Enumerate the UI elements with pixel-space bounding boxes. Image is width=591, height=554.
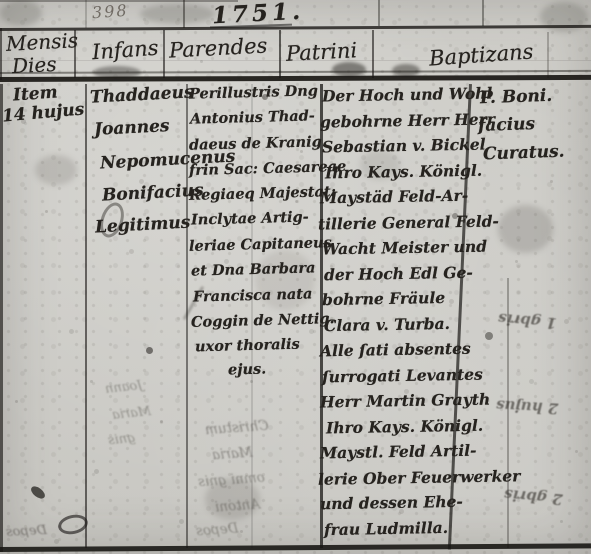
baptizans-line: Curatus. — [483, 142, 565, 165]
stain — [35, 155, 77, 185]
patrini-line: und dessen Ehe- — [320, 492, 463, 513]
infans-name-line: Legitimus — [95, 213, 191, 238]
header-bottom-thick-rule — [0, 75, 591, 82]
stain — [140, 4, 215, 24]
bleed-through-text: Depos — [195, 521, 239, 540]
stain — [498, 205, 553, 253]
margin-date-mark: 2 hujus — [496, 396, 559, 417]
patrini-line: Maystäd Feld-Ar- — [320, 186, 468, 208]
parentes-line: daeus de Kranig. — [189, 133, 327, 154]
bleed-through-text: Christum — [205, 418, 270, 438]
parentes-line: Antonius Thad- — [190, 107, 315, 127]
header-col-divider — [163, 30, 165, 78]
parentes-line: ejus. — [228, 361, 267, 379]
header-col-divider — [279, 30, 281, 78]
patrini-line: frau Ludmilla. — [324, 518, 448, 539]
patrini-line: ſurrogati Levantes — [322, 365, 483, 387]
patrini-line: Clara v. Turba. — [324, 314, 450, 335]
header-col-divider — [547, 32, 549, 78]
baptism-register-page: 398 1751. Mensis Dies Infans Parendes Pa… — [0, 0, 591, 554]
parentes-line: Coggin de Nettig. — [191, 310, 335, 331]
column-header-parentes: Parendes — [168, 33, 267, 62]
infans-name-line: Joannes — [94, 116, 170, 140]
patrini-line: gebohrne Herr Herr — [320, 109, 495, 131]
patrini-line: Alle ſati absentes — [320, 339, 471, 361]
parentes-line: Regiaeq Majestat: — [189, 183, 336, 204]
margin-date-mark: 2 gbris — [503, 485, 563, 508]
table-bottom-rule — [0, 543, 591, 552]
header-top-rule — [0, 25, 591, 31]
body-col-divider-mensis-infans — [85, 84, 87, 548]
top-strip-divider — [482, 0, 484, 26]
top-strip-divider — [183, 0, 185, 28]
column-header-infans: Infans — [91, 36, 159, 65]
patrini-line: Maystl. Feld Artil- — [320, 441, 477, 463]
parentes-line: Inclytae Artig- — [191, 208, 309, 228]
header-col-divider — [372, 30, 374, 78]
bleed-through-text: Maria — [111, 404, 152, 423]
parentes-line: et Dna Barbara — [191, 259, 316, 279]
bleed-through-text: Depos — [6, 523, 48, 540]
top-strip-divider — [85, 0, 87, 28]
column-header-baptizans: Baptizans — [428, 39, 534, 70]
parentes-line: Perillustris Dng — [189, 82, 318, 102]
baptizans-line: facius — [478, 114, 536, 136]
bleed-through-text: Maria — [211, 445, 253, 464]
parentes-line: frin Sac: Caesareae — [189, 158, 347, 179]
patrini-line: Ihro Kays. Königl. — [325, 161, 483, 183]
patrini-line: tillerie General Feld- — [318, 211, 499, 233]
page-number: 398 — [91, 1, 129, 23]
patrini-line: lerie Ober Feuerwerker — [318, 466, 521, 489]
column-header-patrini: Patrini — [285, 38, 357, 66]
patrini-line: der Hoch Edl Ge- — [324, 263, 473, 285]
bleed-through-text: Antoni — [214, 496, 260, 515]
column-header-dies: Dies — [11, 52, 57, 78]
patrini-line: Herr Martin Grayth — [320, 390, 491, 412]
bleed-through-text: Joann — [104, 378, 143, 397]
ink-dot — [485, 332, 493, 340]
patrini-line: Ihro Kays. Königl. — [326, 416, 484, 438]
stain — [0, 0, 42, 26]
bleed-through-text: gnis — [107, 431, 136, 449]
body-left-edge — [0, 84, 3, 552]
patrini-line: bohrne Fräule — [322, 288, 445, 309]
patrini-line: Der Hoch und Wohl — [322, 84, 493, 106]
parentes-line: leriae Capitaneus — [189, 234, 332, 255]
patrini-line: Wacht Meister und — [322, 237, 487, 259]
ink-blob — [29, 484, 47, 501]
top-strip-divider — [378, 0, 380, 26]
infans-name-line: Thaddaeus — [90, 82, 194, 107]
parentes-line: uxor thoralis — [195, 336, 300, 356]
parentes-line: Francisca nata — [193, 285, 313, 305]
baptizans-line: P. Boni. — [480, 86, 553, 109]
ink-dot — [146, 347, 153, 354]
patrini-line: Sebastian v. Bickel — [322, 135, 486, 157]
header-left-edge — [0, 28, 2, 80]
header-bottom-thin-rule — [0, 70, 591, 74]
